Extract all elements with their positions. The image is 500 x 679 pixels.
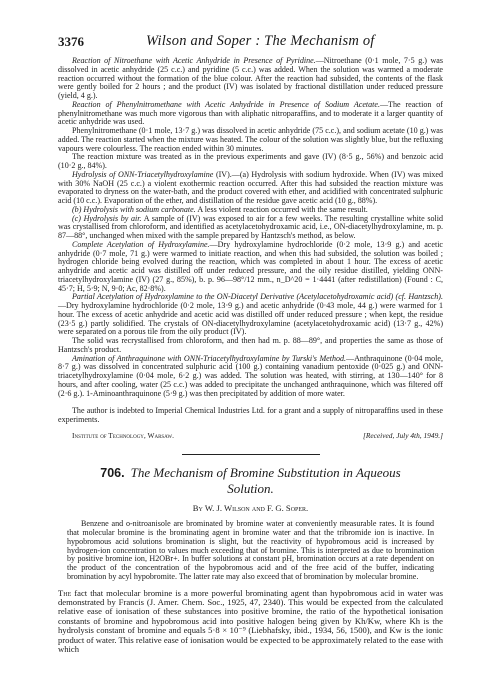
page-body: Reaction of Nitroethane with Acetic Anhy… <box>58 57 443 654</box>
paragraph: Amination of Anthraquinone with ONN-Tria… <box>58 355 443 399</box>
paragraph-heading: Complete Acetylation of Hydroxylamine. <box>72 240 210 249</box>
received-date: [Received, July 4th, 1949.] <box>363 432 443 441</box>
paragraph: The reaction mixture was treated as in t… <box>58 153 443 171</box>
paragraph: Reaction of Phenylnitromethane with Acet… <box>58 101 443 127</box>
paragraph-heading: (b) Hydrolysis with sodium carbonate. <box>72 205 196 214</box>
paragraph: The solid was recrystallised from chloro… <box>58 337 443 355</box>
body-text: fact that molecular bromine is a more po… <box>58 588 443 654</box>
abstract-text: Benzene and o-nitroanisole are brominate… <box>67 520 434 581</box>
paragraph-text: Phenylnitromethane (0·1 mole, 13·7 g.) w… <box>58 126 443 153</box>
affiliation: Institute of Technology, Warsaw. <box>72 432 174 441</box>
paragraph: Hydrolysis of ONN-Triacetylhydroxylamine… <box>58 171 443 206</box>
affiliation-line: Institute of Technology, Warsaw. [Receiv… <box>58 432 443 441</box>
article-body: The fact that molecular bromine is a mor… <box>58 589 443 655</box>
running-title: Wilson and Soper : The Mechanism of <box>146 33 375 50</box>
paragraph-text: The reaction mixture was treated as in t… <box>58 152 443 170</box>
paragraph: (c) Hydrolysis by air. A sample of (IV) … <box>58 215 443 241</box>
previous-article-experimental: Reaction of Nitroethane with Acetic Anhy… <box>58 57 443 398</box>
article-title-text: The Mechanism of Bromine Substitution in… <box>131 465 401 497</box>
abstract: Benzene and o-nitroanisole are brominate… <box>58 520 443 581</box>
page-number: 3376 <box>58 34 84 50</box>
paragraph-heading: (c) Hydrolysis by air. <box>72 214 142 223</box>
paragraph-text: A less violent reaction occurred with th… <box>196 205 368 214</box>
section-divider <box>182 454 320 455</box>
paragraph: Reaction of Nitroethane with Acetic Anhy… <box>58 57 443 101</box>
article-authors: By W. J. Wilson and F. G. Soper. <box>58 504 443 513</box>
article-title: 706.The Mechanism of Bromine Substitutio… <box>58 465 443 497</box>
paragraph: Complete Acetylation of Hydroxylamine.—D… <box>58 241 443 294</box>
paragraph-heading: Hydrolysis of ONN-Triacetylhydroxylamine <box>72 170 213 179</box>
page-header: 3376 Wilson and Soper : The Mechanism of <box>58 34 443 50</box>
article-number: 706. <box>100 466 124 480</box>
paragraph-heading: Partial Acetylation of Hydroxylamine to … <box>72 292 443 301</box>
paragraph-heading: Reaction of Phenylnitromethane with Acet… <box>72 100 380 109</box>
paragraph: Partial Acetylation of Hydroxylamine to … <box>58 293 443 337</box>
paragraph: Phenylnitromethane (0·1 mole, 13·7 g.) w… <box>58 127 443 153</box>
acknowledgement: The author is indebted to Imperial Chemi… <box>58 407 443 425</box>
paragraph-text: —Dry hydroxylamine hydrochloride (0·2 mo… <box>58 301 443 336</box>
paragraph-text: The solid was recrystallised from chloro… <box>58 336 443 354</box>
paragraph-heading: Amination of Anthraquinone with ONN-Tria… <box>72 354 346 363</box>
paragraph-text: —Dry hydroxylamine hydrochloride (0·2 mo… <box>58 240 443 293</box>
paragraph-heading: Reaction of Nitroethane with Acetic Anhy… <box>72 56 316 65</box>
